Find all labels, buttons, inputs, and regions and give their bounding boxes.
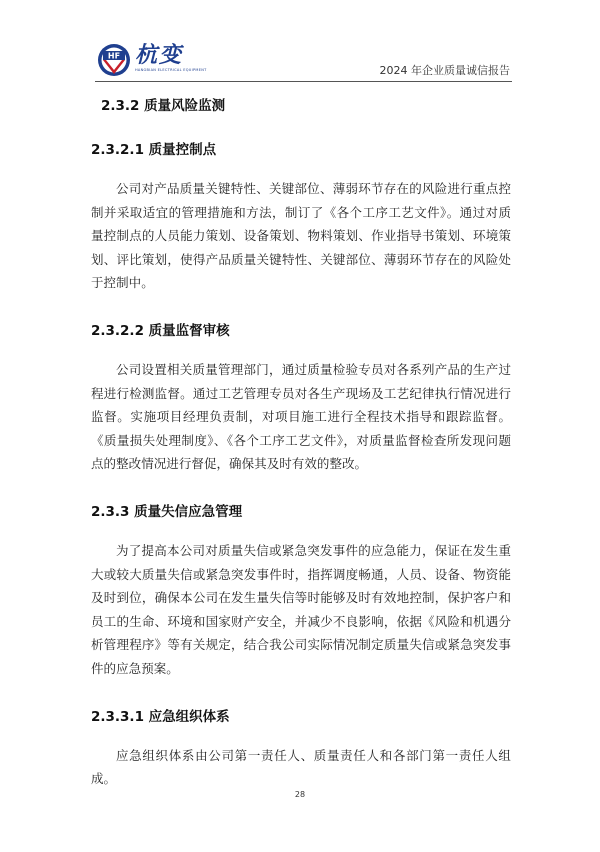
company-logo-icon: HF xyxy=(97,43,131,77)
paragraph-quality-control-points: 公司对产品质量关键特性、关键部位、薄弱环节存在的风险进行重点控制并采取适宜的管理… xyxy=(91,177,511,295)
report-title: 2024 年企业质量诚信报告 xyxy=(380,62,511,78)
page-content: 2.3.2 质量风险监测 2.3.2.1 质量控制点 公司对产品质量关键特性、关… xyxy=(91,96,511,791)
heading-2-3-2-1: 2.3.2.1 质量控制点 xyxy=(91,140,511,160)
page-number: 28 xyxy=(0,790,600,799)
heading-2-3-3-1: 2.3.3.1 应急组织体系 xyxy=(91,707,511,727)
paragraph-emergency-organization: 应急组织体系由公司第一责任人、质量责任人和各部门第一责任人组成。 xyxy=(91,744,511,791)
brand: 杭变 HANGBIAN ELECTRICAL EQUIPMENT xyxy=(135,42,207,73)
brand-name-cn: 杭变 xyxy=(135,42,207,68)
svg-text:HF: HF xyxy=(108,52,120,61)
header-divider xyxy=(95,81,512,82)
paragraph-emergency-management: 为了提高本公司对质量失信或紧急突发事件的应急能力，保证在发生重大或较大质量失信或… xyxy=(91,539,511,681)
heading-2-3-2: 2.3.2 质量风险监测 xyxy=(101,96,511,116)
paragraph-quality-supervision: 公司设置相关质量管理部门，通过质量检验专员对各系列产品的生产过程进行检测监督。通… xyxy=(91,358,511,476)
heading-2-3-3: 2.3.3 质量失信应急管理 xyxy=(91,502,511,522)
brand-name-en: HANGBIAN ELECTRICAL EQUIPMENT xyxy=(135,68,207,73)
heading-2-3-2-2: 2.3.2.2 质量监督审核 xyxy=(91,321,511,341)
page-header: HF 杭变 HANGBIAN ELECTRICAL EQUIPMENT 2024… xyxy=(95,40,512,82)
